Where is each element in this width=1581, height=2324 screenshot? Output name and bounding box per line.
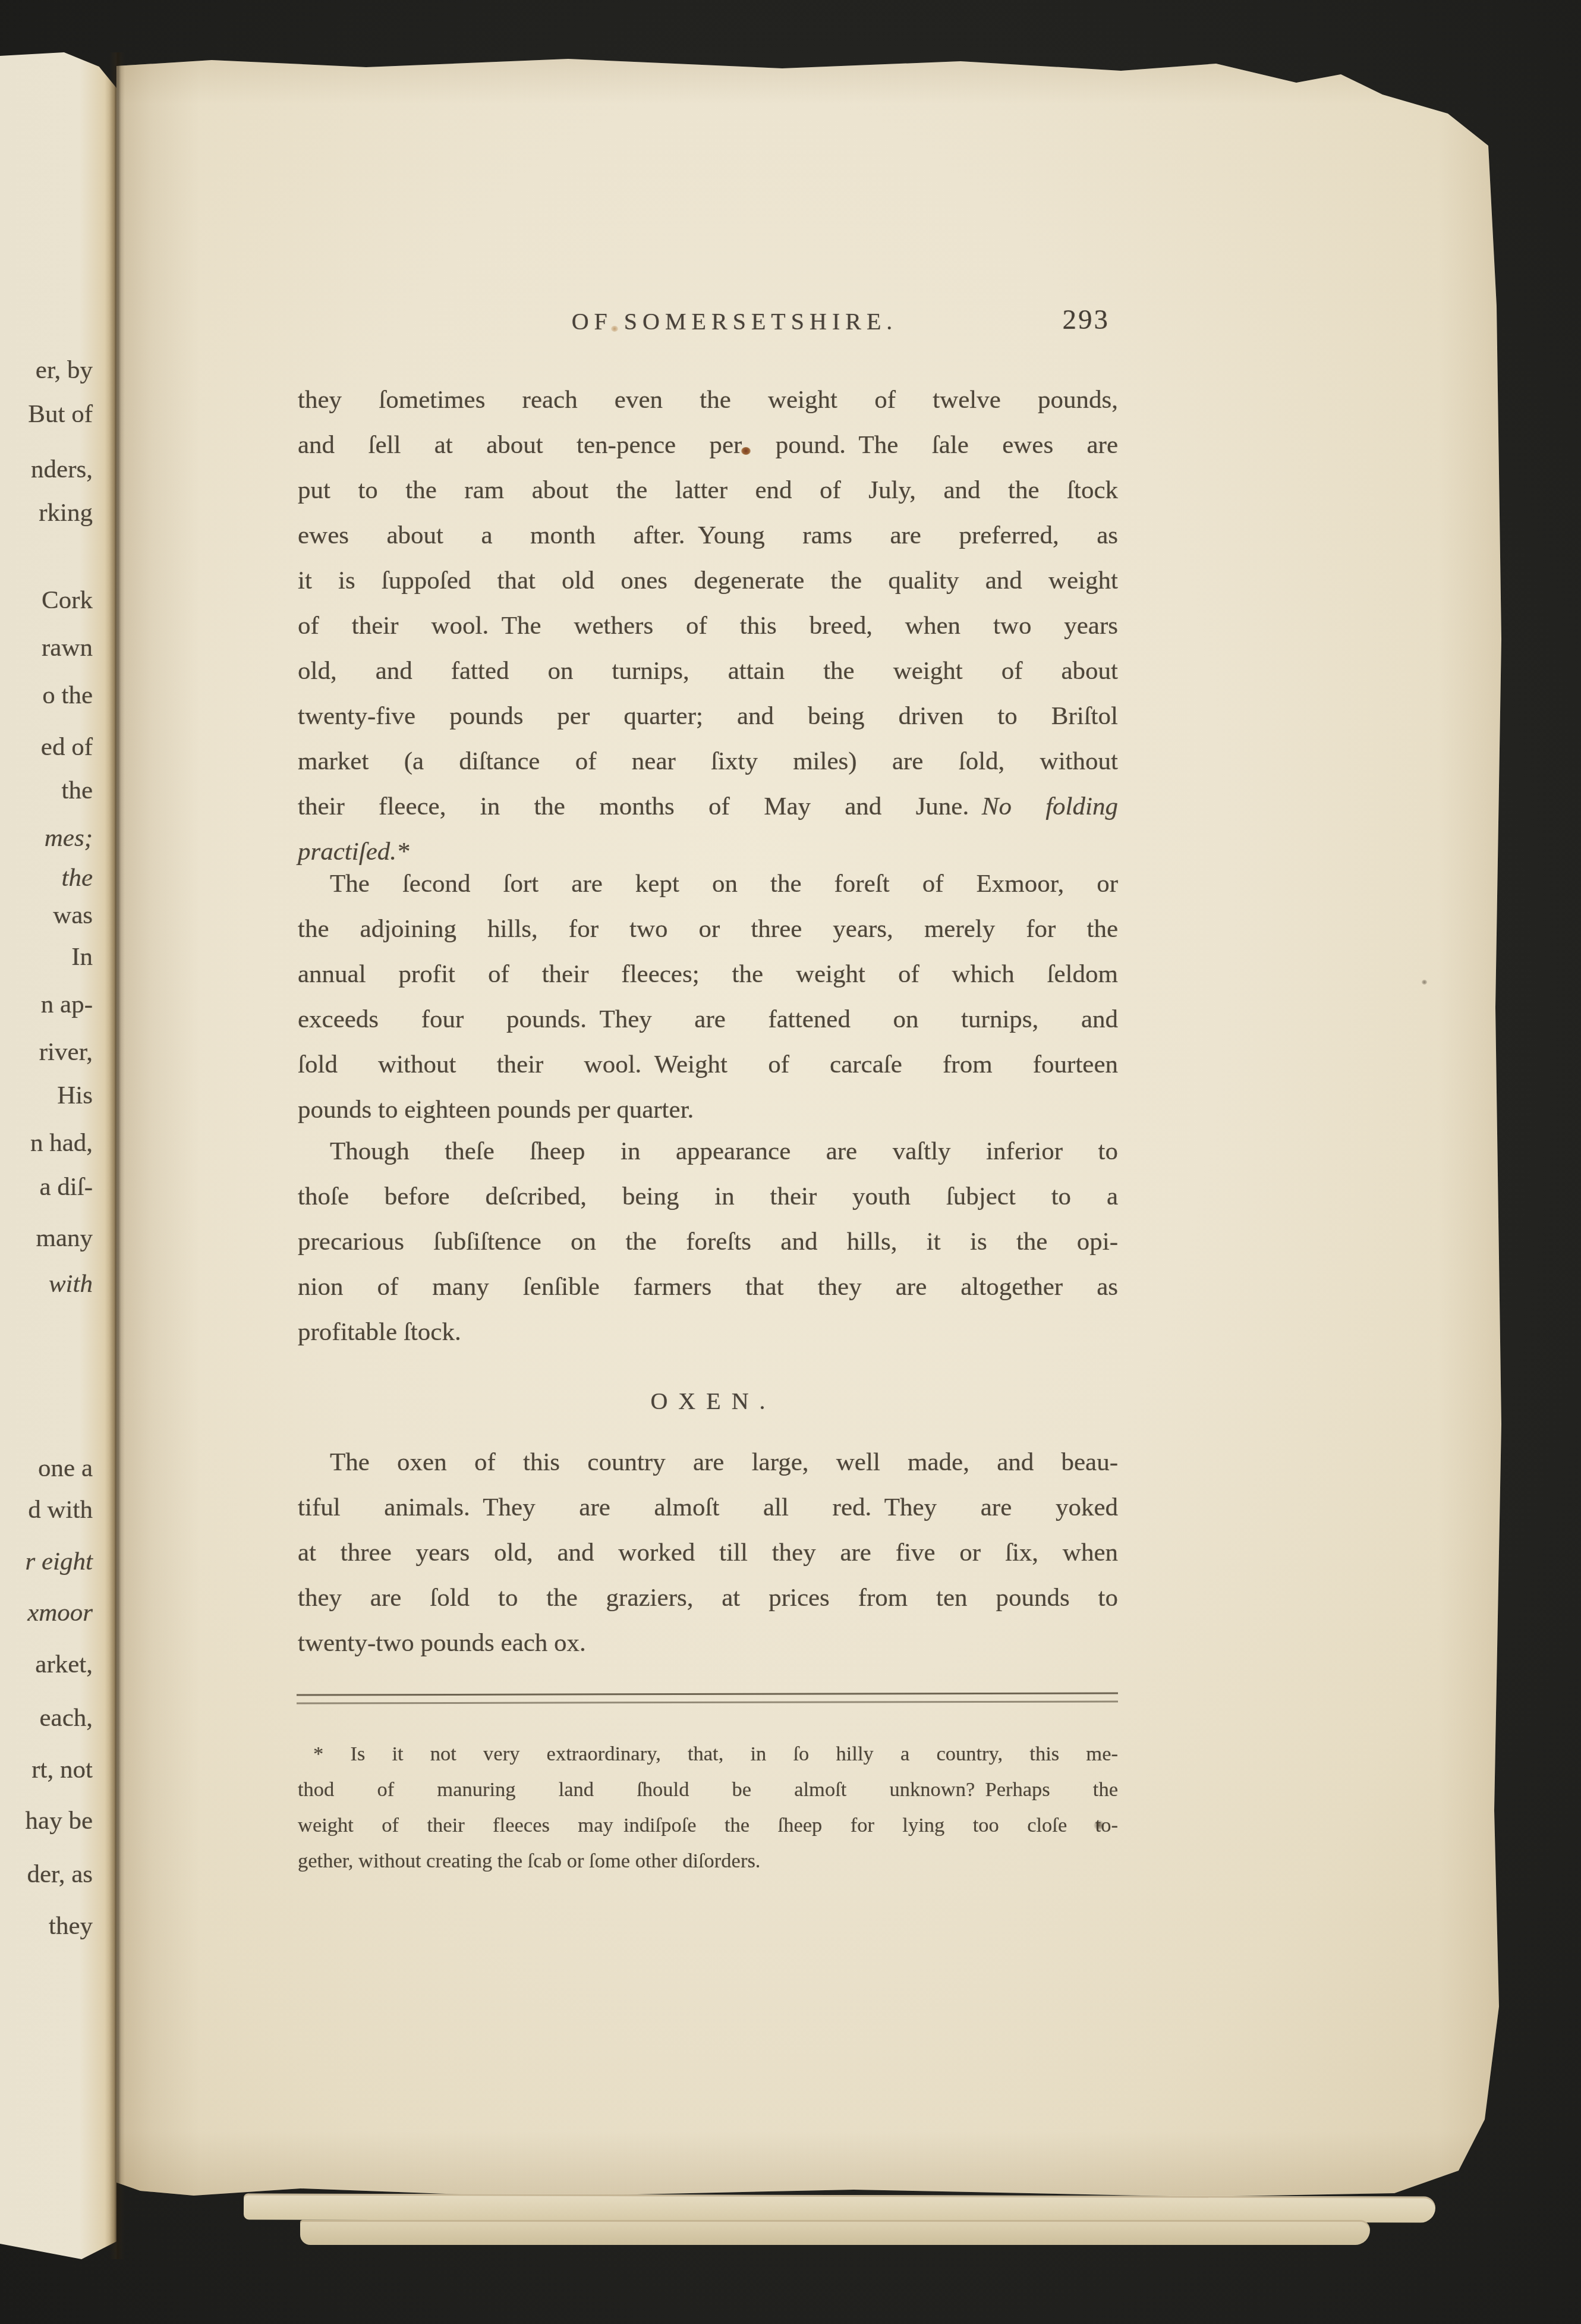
- photo-background: er, byBut ofnders,rkingCorkrawno theed o…: [0, 0, 1581, 2324]
- text-line: pounds to eighteen pounds per quarter.: [298, 1087, 1118, 1133]
- facing-fragment: er, by: [36, 356, 93, 385]
- facing-fragment: each,: [39, 1703, 93, 1732]
- text-segment: at three years old, and worked till they…: [298, 1539, 1118, 1567]
- text-line: they ſometimes reach even the weight of …: [298, 378, 1118, 423]
- gutter-crease: [109, 52, 125, 2259]
- facing-fragment: was: [53, 901, 93, 930]
- text-line: nion of many ſenſible farmers that they …: [298, 1265, 1118, 1310]
- text-line: twenty-two pounds each ox.: [298, 1621, 1118, 1666]
- facing-fragment: n ap-: [41, 990, 93, 1019]
- text-line: thoſe before deſcribed, being in their y…: [298, 1174, 1118, 1219]
- facing-fragment: der, as: [27, 1860, 93, 1889]
- book-page: OF SOMERSETSHIRE. 293 they ſometimes rea…: [116, 56, 1504, 2197]
- text-line: market (a diſtance of near ſixty miles) …: [298, 739, 1118, 784]
- text-line: annual profit of their fleeces; the weig…: [298, 952, 1118, 997]
- text-line: their fleece, in the months of May and J…: [298, 784, 1118, 829]
- text-segment: exceeds four pounds. They are fattened o…: [298, 1005, 1118, 1033]
- facing-fragment: His: [57, 1081, 93, 1110]
- text-line: ewes about a month after. Young rams are…: [298, 513, 1118, 558]
- text-line: of their wool. The wethers of this breed…: [298, 603, 1118, 649]
- body-paragraph-2: The ſecond ſort are kept on the foreſt o…: [298, 861, 1118, 1133]
- text-line: the adjoining hills, for two or three ye…: [298, 907, 1118, 952]
- facing-fragment: they: [49, 1911, 93, 1941]
- text-segment: profitable ſtock.: [298, 1318, 461, 1346]
- body-paragraph-1: they ſometimes reach even the weight of …: [298, 378, 1118, 875]
- text-line: they are ſold to the graziers, at prices…: [298, 1575, 1118, 1621]
- text-segment: gether, without creating the ſcab or ſom…: [298, 1850, 760, 1872]
- facing-fragment: d with: [28, 1495, 93, 1524]
- facing-fragment: Cork: [42, 586, 93, 615]
- text-line: profitable ſtock.: [298, 1310, 1118, 1355]
- text-segment: pounds to eighteen pounds per quarter.: [298, 1096, 694, 1124]
- facing-page-edge: er, byBut ofnders,rkingCorkrawno theed o…: [0, 52, 116, 2259]
- page-stack-edge-2: [300, 2220, 1370, 2245]
- facing-fragment: river,: [39, 1037, 93, 1067]
- text-line: * Is it not very extraordinary, that, in…: [298, 1736, 1118, 1772]
- text-segment: * Is it not very extraordinary, that, in…: [313, 1743, 1118, 1765]
- text-segment: they are ſold to the graziers, at prices…: [298, 1584, 1118, 1612]
- facing-fragment: rawn: [42, 633, 93, 662]
- facing-fragment: xmoor: [27, 1598, 93, 1627]
- facing-fragment: the: [61, 776, 93, 805]
- facing-fragment: hay be: [26, 1806, 93, 1835]
- facing-fragment: rking: [39, 498, 93, 527]
- text-line: put to the ram about the latter end of J…: [298, 468, 1118, 513]
- text-segment: put to the ram about the latter end of J…: [298, 476, 1118, 504]
- facing-fragment: r eight: [26, 1547, 93, 1576]
- text-line: thod of manuring land ſhould be almoſt u…: [298, 1772, 1118, 1807]
- text-segment: annual profit of their fleeces; the weig…: [298, 960, 1118, 988]
- facing-fragment: But of: [28, 400, 93, 429]
- text-segment: thoſe before deſcribed, being in their y…: [298, 1183, 1118, 1210]
- page-number: 293: [1063, 304, 1110, 336]
- footnote: * Is it not very extraordinary, that, in…: [298, 1736, 1118, 1879]
- text-segment: nion of many ſenſible farmers that they …: [298, 1273, 1118, 1301]
- facing-fragment: mes;: [45, 823, 93, 853]
- section-heading-oxen: OXEN.: [298, 1379, 1118, 1424]
- text-line: old, and fatted on turnips, attain the w…: [298, 649, 1118, 694]
- text-segment: their fleece, in the months of May and J…: [298, 793, 982, 820]
- text-segment: precarious ſubſiſtence on the foreſts an…: [298, 1228, 1118, 1256]
- facing-fragment: one a: [38, 1454, 93, 1483]
- text-segment: of their wool. The wethers of this breed…: [298, 612, 1118, 640]
- text-line: twenty-five pounds per quarter; and bein…: [298, 694, 1118, 739]
- text-line: Though theſe ſheep in appearance are vaſ…: [298, 1129, 1118, 1174]
- body-paragraph-3: Though theſe ſheep in appearance are vaſ…: [298, 1129, 1118, 1355]
- facing-fragment: with: [49, 1269, 93, 1298]
- text-line: tiful animals. They are almoſt all red. …: [298, 1485, 1118, 1530]
- text-segment: The oxen of this country are large, well…: [330, 1448, 1118, 1476]
- facing-fragment: ed of: [41, 732, 93, 762]
- text-segment: twenty-two pounds each ox.: [298, 1629, 586, 1657]
- text-segment: ewes about a month after. Young rams are…: [298, 521, 1118, 549]
- facing-fragment: arket,: [35, 1650, 93, 1679]
- text-line: The ſecond ſort are kept on the foreſt o…: [298, 861, 1118, 907]
- text-line: The oxen of this country are large, well…: [298, 1440, 1118, 1485]
- text-segment: thod of manuring land ſhould be almoſt u…: [298, 1778, 1118, 1801]
- facing-fragment: rt, not: [32, 1755, 93, 1784]
- text-line: it is ſuppoſed that old ones degenerate …: [298, 558, 1118, 603]
- text-line: at three years old, and worked till they…: [298, 1530, 1118, 1575]
- text-segment: old, and fatted on turnips, attain the w…: [298, 657, 1118, 685]
- text-segment: the adjoining hills, for two or three ye…: [298, 915, 1118, 943]
- text-segment: No folding: [982, 793, 1118, 820]
- text-segment: Though theſe ſheep in appearance are vaſ…: [330, 1137, 1118, 1165]
- footnote-rule: [297, 1693, 1118, 1705]
- text-segment: they ſometimes reach even the weight of …: [298, 386, 1118, 414]
- text-segment: The ſecond ſort are kept on the foreſt o…: [330, 870, 1118, 898]
- text-segment: and ſell at about ten-pence per pound. T…: [298, 431, 1118, 459]
- text-segment: ſold without their wool. Weight of carca…: [298, 1051, 1118, 1078]
- page-stack-edge-1: [244, 2193, 1435, 2222]
- running-header-title: OF SOMERSETSHIRE.: [298, 307, 1118, 335]
- text-segment: tiful animals. They are almoſt all red. …: [298, 1493, 1118, 1521]
- facing-fragment: many: [36, 1224, 93, 1253]
- text-line: and ſell at about ten-pence per pound. T…: [298, 423, 1118, 468]
- facing-fragment: nders,: [31, 455, 93, 484]
- facing-fragment: o the: [42, 681, 93, 710]
- facing-fragment: a diſ-: [39, 1172, 93, 1202]
- text-segment: it is ſuppoſed that old ones degenerate …: [298, 567, 1118, 595]
- text-line: weight of their fleeces may indiſpoſe th…: [298, 1807, 1118, 1843]
- text-segment: market (a diſtance of near ſixty miles) …: [298, 747, 1118, 775]
- running-header: OF SOMERSETSHIRE. 293: [298, 307, 1118, 353]
- text-segment: weight of their fleeces may indiſpoſe th…: [298, 1814, 1118, 1836]
- facing-fragment: In: [71, 942, 93, 971]
- text-line: precarious ſubſiſtence on the foreſts an…: [298, 1219, 1118, 1265]
- facing-fragment: n had,: [30, 1128, 93, 1158]
- text-segment: twenty-five pounds per quarter; and bein…: [298, 702, 1118, 730]
- body-paragraph-4: The oxen of this country are large, well…: [298, 1440, 1118, 1666]
- text-line: ſold without their wool. Weight of carca…: [298, 1042, 1118, 1087]
- text-line: gether, without creating the ſcab or ſom…: [298, 1843, 1118, 1879]
- text-line: exceeds four pounds. They are fattened o…: [298, 997, 1118, 1042]
- facing-fragment: the: [61, 863, 93, 892]
